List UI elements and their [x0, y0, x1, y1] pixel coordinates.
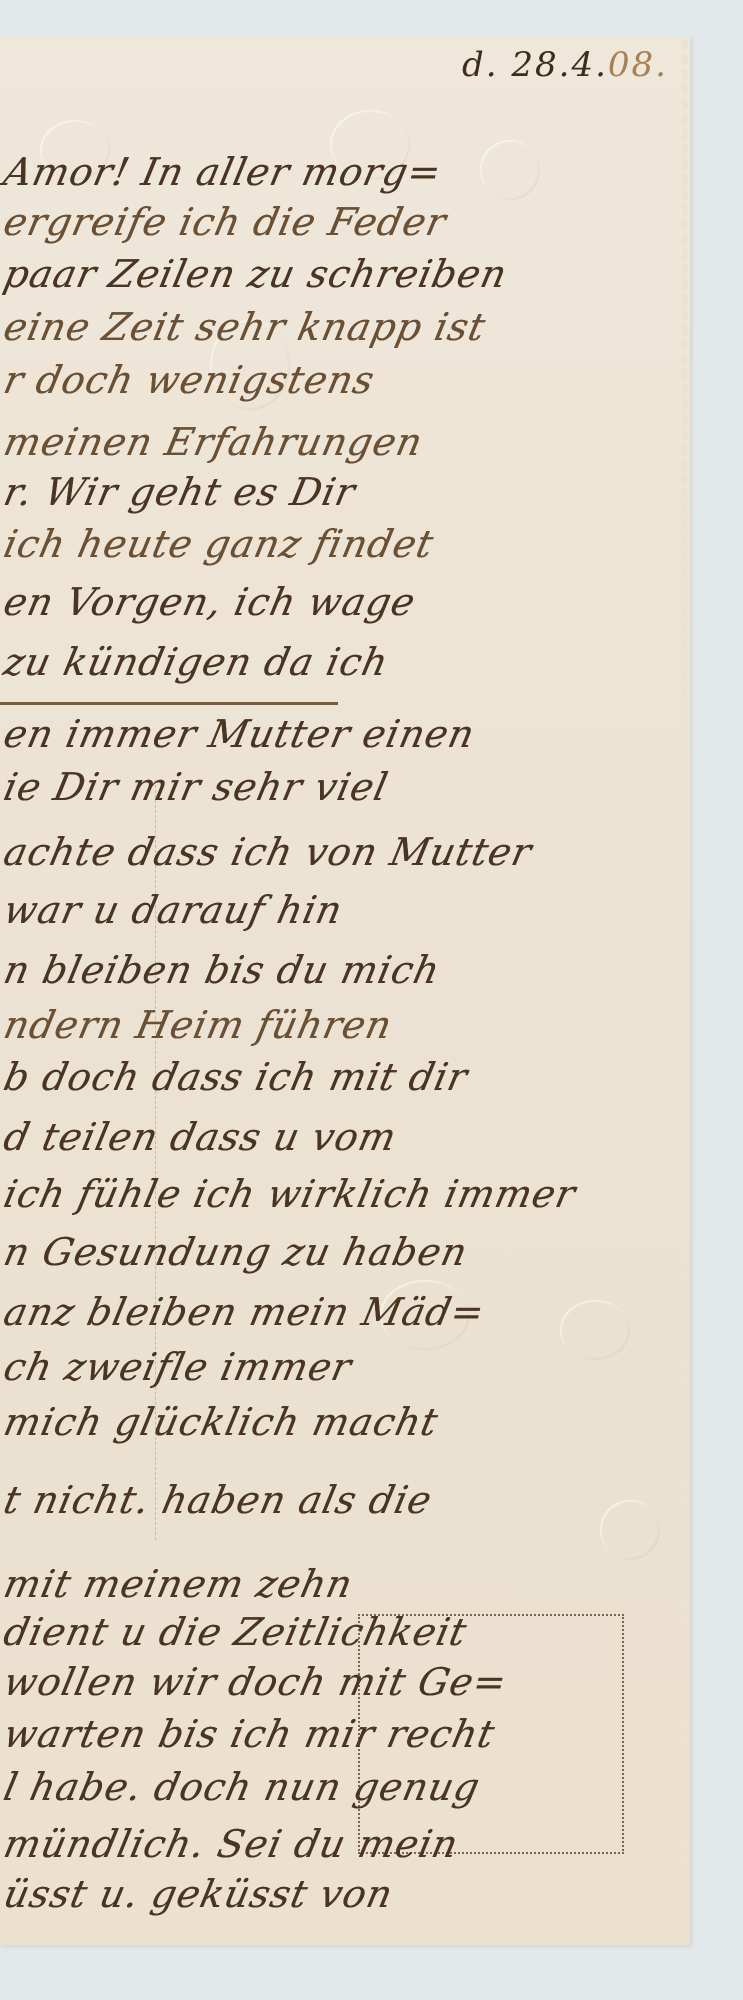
- letter-line: mit meinem zehn: [0, 1562, 357, 1606]
- letter-line: achte dass ich von Mutter: [0, 830, 536, 874]
- date-year: 08.: [608, 45, 668, 85]
- letter-date: d. 28.4.08.: [462, 45, 668, 85]
- letter-line: meinen Erfahrungen: [0, 420, 427, 464]
- deckle-edge-bottom: [0, 1938, 690, 1952]
- letter-line: warten bis ich mir recht: [0, 1712, 499, 1756]
- letter-line: dient u die Zeitlichkeit: [0, 1610, 471, 1654]
- letter-line: ie Dir mir sehr viel: [0, 765, 392, 809]
- letter-line: war u darauf hin: [0, 888, 347, 932]
- letter-line: ich fühle ich wirklich immer: [0, 1172, 580, 1216]
- letter-line: ich heute ganz findet: [0, 522, 438, 566]
- date-day-month: d. 28.4.: [462, 45, 608, 85]
- letter-line: en immer Mutter einen: [0, 712, 479, 756]
- letter-line: en Vorgen, ich wage: [0, 580, 420, 624]
- letter-line: r doch wenigstens: [0, 358, 379, 402]
- letter-line: r. Wir geht es Dir: [0, 470, 360, 514]
- letter-line: eine Zeit sehr knapp ist: [0, 305, 490, 349]
- letter-line: paar Zeilen zu schreiben: [0, 252, 511, 296]
- letter-line: üsst u. geküsst von: [0, 1872, 397, 1916]
- letter-line: Amor! In aller morg=: [0, 150, 446, 194]
- letter-line: anz bleiben mein Mäd=: [0, 1290, 489, 1334]
- letter-line: mündlich. Sei du mein: [0, 1822, 463, 1866]
- letter-line: t nicht. haben als die: [0, 1478, 436, 1522]
- letter-line: ndern Heim führen: [0, 1003, 396, 1047]
- deckle-edge-right: [682, 37, 698, 1945]
- letter-line: d teilen dass u vom: [0, 1115, 401, 1159]
- letter-line: n Gesundung zu haben: [0, 1230, 472, 1274]
- letter-line: wollen wir doch mit Ge=: [0, 1660, 511, 1704]
- letter-line: mich glücklich macht: [0, 1400, 442, 1444]
- letter-line: b doch dass ich mit dir: [0, 1055, 472, 1099]
- letter-line: ergreife ich die Feder: [0, 200, 451, 244]
- letter-line: n bleiben bis du mich: [0, 948, 444, 992]
- letter-line: ch zweifle immer: [0, 1345, 356, 1389]
- letter-line: l habe. doch nun genug: [0, 1765, 484, 1809]
- horizontal-rule: [0, 702, 338, 705]
- letter-line: zu kündigen da ich: [0, 640, 393, 684]
